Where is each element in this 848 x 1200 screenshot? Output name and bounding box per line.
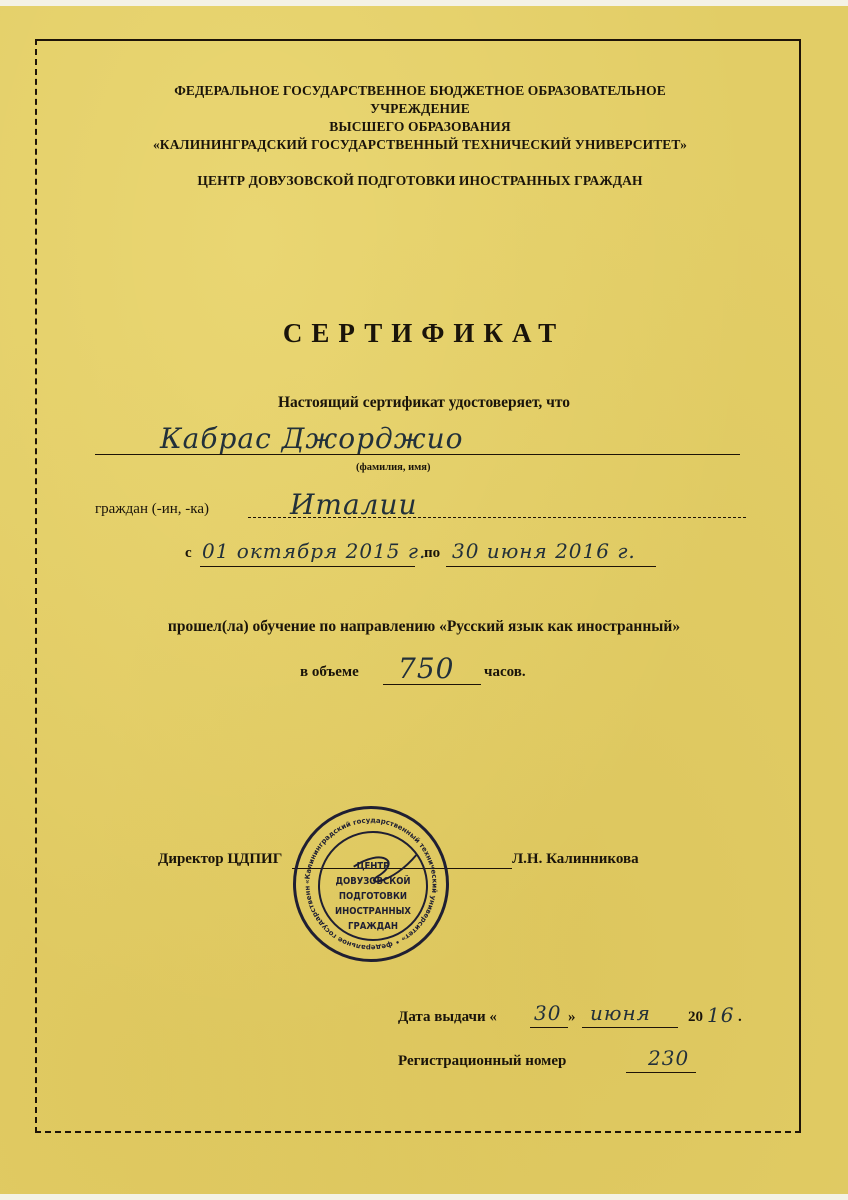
day-underline	[530, 1027, 568, 1028]
citizenship-label: граждан (-ин, -ка)	[95, 501, 209, 518]
header-line: «КАЛИНИНГРАДСКИЙ ГОСУДАРСТВЕННЫЙ ТЕХНИЧЕ…	[60, 136, 780, 154]
header-line: ФЕДЕРАЛЬНОЕ ГОСУДАРСТВЕННОЕ БЮДЖЕТНОЕ ОБ…	[60, 82, 780, 100]
course-text: прошел(ла) обучение по направлению «Русс…	[0, 618, 848, 636]
period-from-label: с	[185, 545, 192, 562]
header-line: УЧРЕЖДЕНИЕ	[60, 100, 780, 118]
registration-number: 230	[648, 1046, 689, 1070]
certificate-title: СЕРТИФИКАТ	[0, 318, 848, 349]
dashed-border-frame	[35, 39, 801, 1133]
registration-label: Регистрационный номер	[398, 1053, 566, 1070]
registration-underline	[626, 1072, 696, 1073]
stamp-inner-circle: ЦЕНТР ДОВУЗОВСКОЙ ПОДГОТОВКИ ИНОСТРАННЫХ…	[318, 831, 428, 941]
director-name: Л.Н. Калинникова	[512, 851, 639, 868]
stamp-text-line: ГРАЖДАН	[328, 919, 418, 934]
center-name: ЦЕНТР ДОВУЗОВСКОЙ ПОДГОТОВКИ ИНОСТРАННЫХ…	[60, 172, 780, 190]
issue-period: .	[738, 1009, 742, 1026]
period-to-value: 30 июня 2016 г.	[452, 539, 636, 563]
name-caption: (фамилия, имя)	[356, 462, 430, 473]
header-line: ВЫСШЕГО ОБРАЗОВАНИЯ	[60, 118, 780, 136]
issue-date-label: Дата выдачи «	[398, 1009, 497, 1026]
issue-month: июня	[590, 1001, 651, 1025]
volume-value: 750	[398, 652, 454, 685]
stamp-text-line: ЦЕНТР	[328, 859, 418, 874]
lead-text: Настоящий сертификат удостоверяет, что	[0, 394, 848, 412]
from-underline	[200, 566, 415, 567]
month-underline	[582, 1027, 678, 1028]
official-stamp: «Калининградский государственный техниче…	[293, 806, 449, 962]
certificate-paper: ФЕДЕРАЛЬНОЕ ГОСУДАРСТВЕННОЕ БЮДЖЕТНОЕ ОБ…	[0, 6, 848, 1194]
stamp-text-line: ПОДГОТОВКИ	[328, 889, 418, 904]
issue-quote-close: »	[568, 1009, 576, 1026]
volume-unit: часов.	[484, 664, 526, 681]
period-to-label: по	[424, 545, 440, 562]
institution-header: ФЕДЕРАЛЬНОЕ ГОСУДАРСТВЕННОЕ БЮДЖЕТНОЕ ОБ…	[60, 82, 780, 190]
director-role: Директор ЦДПИГ	[158, 851, 282, 868]
issue-label-text: Дата выдачи	[398, 1009, 486, 1025]
to-underline	[446, 566, 656, 567]
stamp-text-line: ИНОСТРАННЫХ	[328, 904, 418, 919]
issue-year-prefix: 20	[688, 1009, 703, 1026]
volume-label: в объеме	[300, 664, 359, 681]
holder-name: Кабрас Джорджио	[160, 422, 464, 455]
citizenship-value: Италии	[290, 488, 418, 521]
period-from-value: 01 октября 2015 г.	[202, 539, 426, 563]
stamp-center-text: ЦЕНТР ДОВУЗОВСКОЙ ПОДГОТОВКИ ИНОСТРАННЫХ…	[328, 859, 418, 934]
stamp-text-line: ДОВУЗОВСКОЙ	[328, 874, 418, 889]
issue-day: 30	[534, 1001, 561, 1025]
issue-year-suffix: 16	[707, 1003, 734, 1027]
